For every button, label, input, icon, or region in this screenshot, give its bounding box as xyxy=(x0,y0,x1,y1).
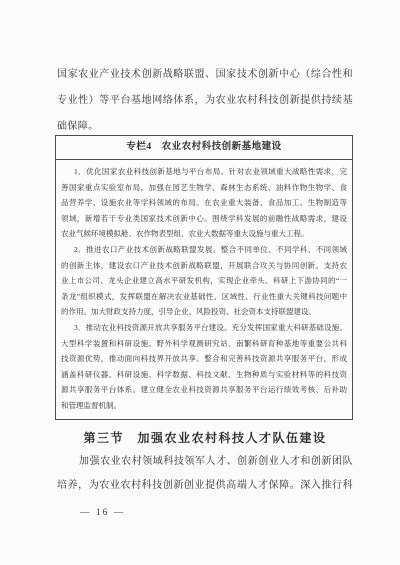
text-line: 业上市公司、龙头企业建立高水平研发机构，实现企业牵头、科研上下游协同的“一 xyxy=(61,273,347,289)
text-line: 大型科学装置和科研设施、野外科学观测研究站、南繁科研育种基地等重要公共科 xyxy=(61,336,347,352)
text-line: 国家农业产业技术创新战略联盟、国家技术创新中心（综合性和 xyxy=(57,62,353,88)
text-line: 的作用。加大财政支持力度，引导企业、风险投资、社会资本支持联盟建设。 xyxy=(61,304,347,320)
callout-box-title: 专栏4 农业农村科技创新基地建设 xyxy=(56,136,352,160)
intro-paragraph: 国家农业产业技术创新战略联盟、国家技术创新中心（综合性和专业性）等平台基地网络体… xyxy=(57,62,353,140)
text-line: 条龙”组织模式，发挥联盟在解决农业基础性、区域性、行业性重大关键科技问题中 xyxy=(61,289,347,305)
text-line: 培养，为农业农村科技创新创业提供高端人才保障。深入推行科 xyxy=(57,474,353,498)
text-line: 源共享服务平台体系。建立健全农业科技资源共享服务平台运行绩效考核、后补助 xyxy=(61,382,347,398)
document-page: 国家农业产业技术创新战略联盟、国家技术创新中心（综合性和专业性）等平台基地网络体… xyxy=(0,0,400,565)
text-line: 专业性）等平台基地网络体系，为农业农村科技创新提供持续基 xyxy=(57,88,353,114)
text-line: 1．优化国家农业科技创新基地与平台布局。针对农业领域重大战略性需求，完 xyxy=(61,164,347,180)
body-paragraph: 加强农业农村领域科技领军人才、创新创业人才和创新团队培养，为农业农村科技创新创业… xyxy=(57,450,353,498)
text-line: 3．推动农业科技资源开放共享服务平台建设。充分发挥国家重大科研基础设施、 xyxy=(61,320,347,336)
callout-box-content: 1．优化国家农业科技创新基地与平台布局。针对农业领域重大战略性需求，完善国家重点… xyxy=(56,160,352,419)
text-line: 善国家重点实验室布局，加强在园艺生物学、森林生态系统、油料作物生物学、食 xyxy=(61,180,347,196)
page-number: — 16 — xyxy=(80,508,125,518)
box-paragraph-1: 1．优化国家农业科技创新基地与平台布局。针对农业领域重大战略性需求，完善国家重点… xyxy=(61,164,347,242)
box-paragraph-3: 3．推动农业科技资源开放共享服务平台建设。充分发挥国家重大科研基础设施、大型科学… xyxy=(61,320,347,414)
text-line: 的创新主体，建设农口产业技术创新战略联盟，开展联合攻关与协同创新。支持农 xyxy=(61,258,347,274)
text-line: 领域，新增若干专业类国家技术创新中心。围绕学科发展的前瞻性战略需求，建设 xyxy=(61,211,347,227)
text-line: 涵盖科研仪器、科研设施、科学数据、科技文献、生物种质与实验材料等的科技资 xyxy=(61,367,347,383)
section-heading: 第三节 加强农业农村科技人才队伍建设 xyxy=(10,429,400,446)
text-line: 和管理监督机制。 xyxy=(61,398,347,414)
text-line: 加强农业农村领域科技领军人才、创新创业人才和创新团队 xyxy=(57,450,353,474)
text-line: 2．推进农口产业技术创新战略联盟发展。整合不同单位、不同学科、不同领域 xyxy=(61,242,347,258)
text-line: 农业气候环境模拟舱、农作物表型组、农业大数据等重大设施与重大工程。 xyxy=(61,226,347,242)
callout-box: 专栏4 农业农村科技创新基地建设 1．优化国家农业科技创新基地与平台布局。针对农… xyxy=(55,135,353,420)
text-line: 技资源优势，推动面向科技界开放共享。整合和完善科技资源共享服务平台，形成 xyxy=(61,351,347,367)
box-paragraph-2: 2．推进农口产业技术创新战略联盟发展。整合不同单位、不同学科、不同领域的创新主体… xyxy=(61,242,347,320)
text-line: 品营养学、设施农业等学科领域的布局。在农业重大装备、食品加工、生物制造等 xyxy=(61,195,347,211)
